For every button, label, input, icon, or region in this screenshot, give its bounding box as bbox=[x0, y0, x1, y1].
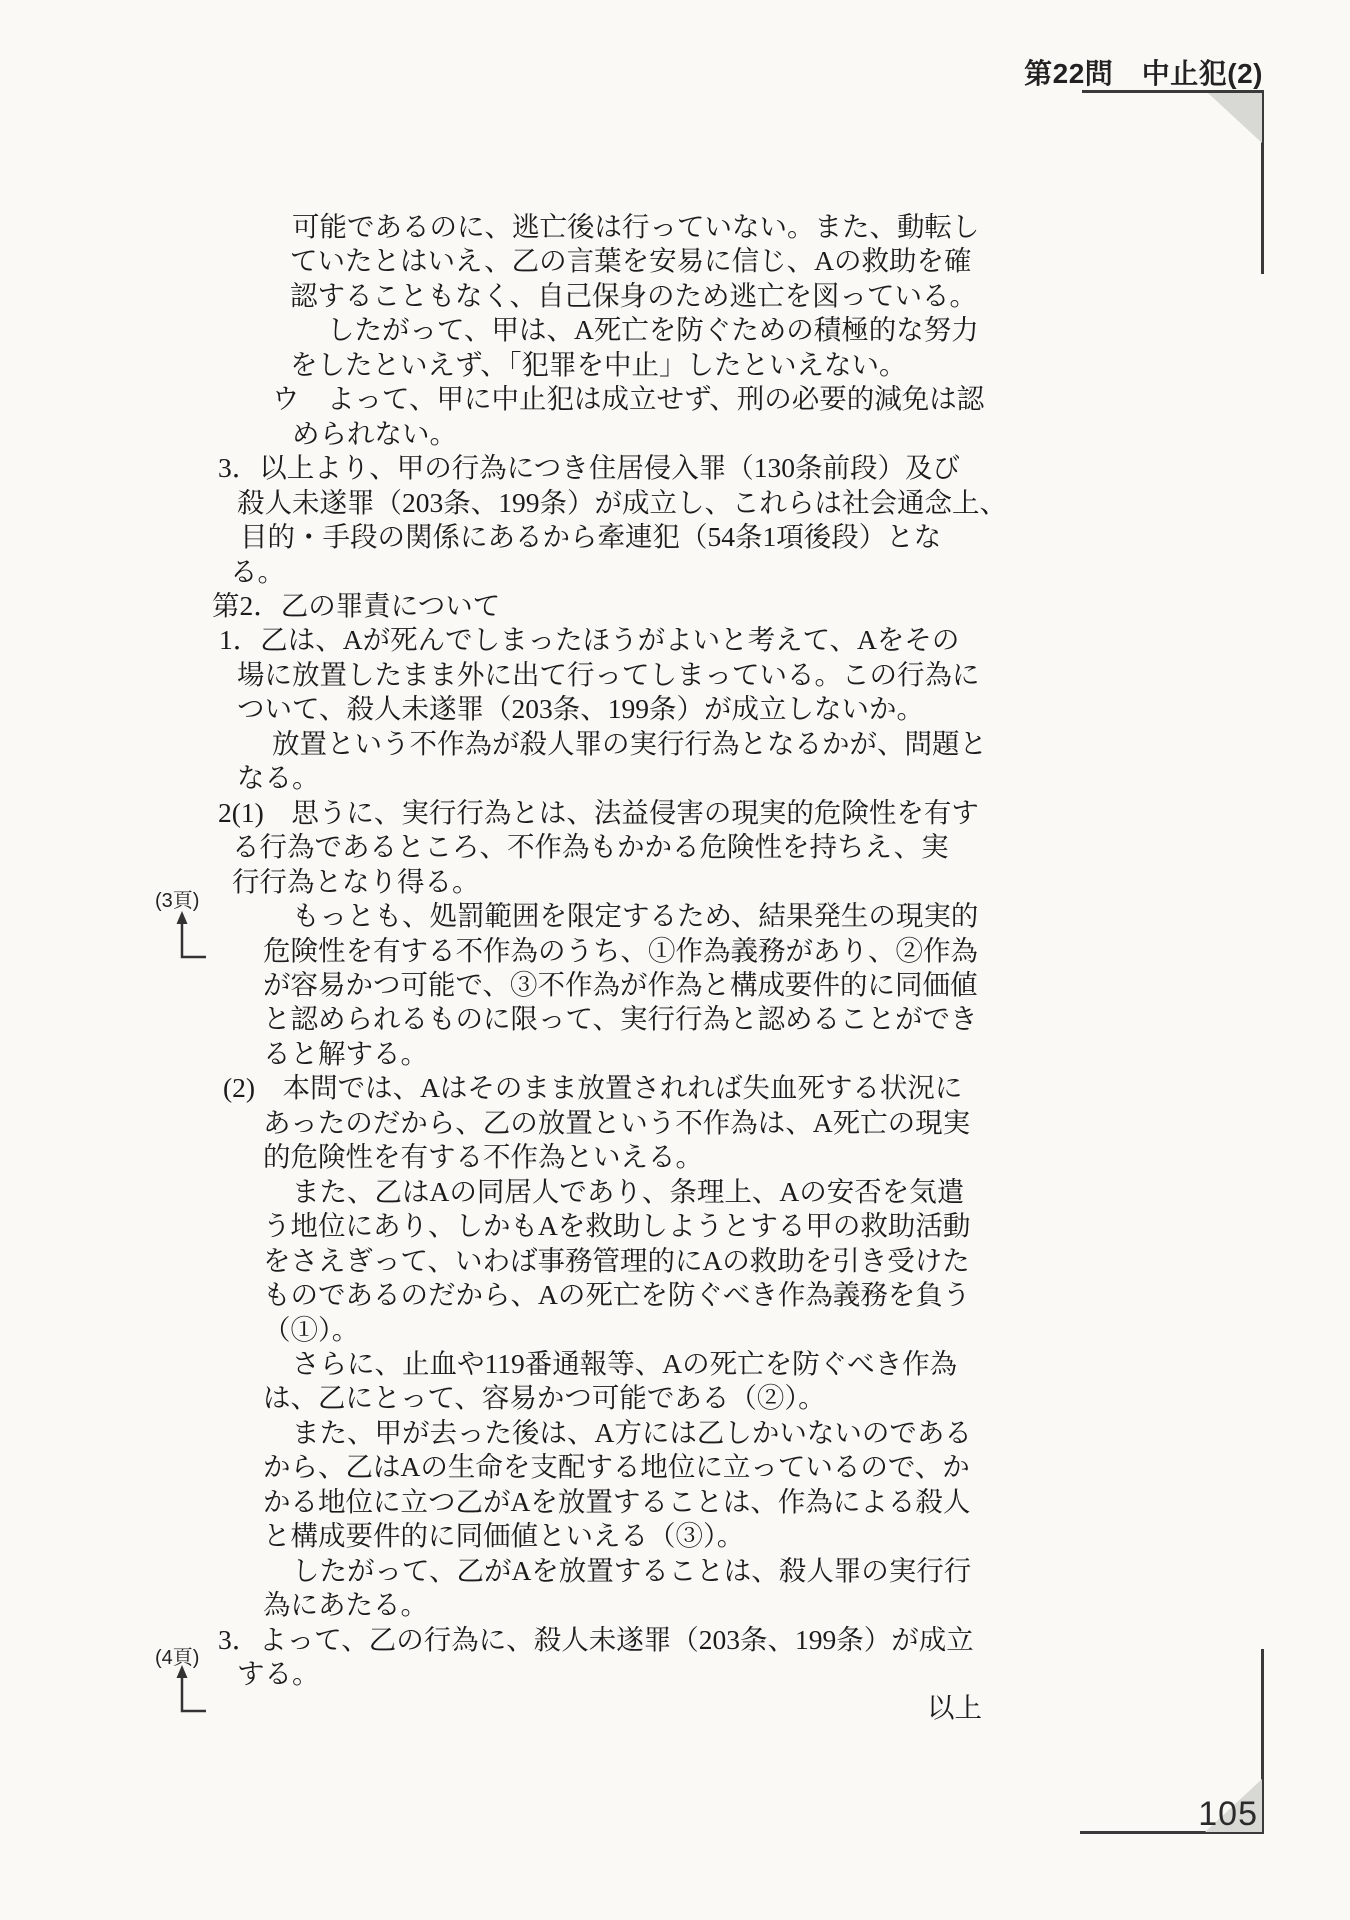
text-line: をしたといえず、「犯罪を中止」したといえない。 bbox=[290, 348, 1350, 382]
text-line: 場に放置したまま外に出て行ってしまっている。この行為に bbox=[237, 658, 1350, 692]
text-line: 殺人未遂罪（203条、199条）が成立し、これらは社会通念上、 bbox=[237, 486, 1350, 520]
text-line: 2(1) 思うに、実行行為とは、法益侵害の現実的危険性を有す bbox=[218, 796, 1350, 830]
text-line: 以上 bbox=[0, 1691, 982, 1725]
body-lines: 可能であるのに、逃亡後は行っていない。また、動転していたとはいえ、乙の言葉を安易… bbox=[0, 210, 1350, 1726]
book-page: 第22問 中止犯(2) 105 (3頁) (4頁) 可能であるのに、逃亡後は行っ… bbox=[0, 0, 1350, 1920]
text-line: 可能であるのに、逃亡後は行っていない。また、動転し bbox=[292, 210, 1350, 244]
text-line: ついて、殺人未遂罪（203条、199条）が成立しないか。 bbox=[237, 692, 1350, 726]
text-line: ていたとはいえ、乙の言葉を安易に信じ、Aの救助を確 bbox=[290, 244, 1350, 278]
text-line: められない。 bbox=[292, 417, 1350, 451]
text-line: から、乙はAの生命を支配する地位に立っているので、か bbox=[263, 1450, 1350, 1484]
text-line: る。 bbox=[230, 555, 1350, 589]
text-line: また、乙はAの同居人であり、条理上、Aの安否を気遣 bbox=[292, 1175, 1350, 1209]
text-line: あったのだから、乙の放置という不作為は、A死亡の現実 bbox=[263, 1106, 1350, 1140]
text-line: もっとも、処罰範囲を限定するため、結果発生の現実的 bbox=[292, 899, 1350, 933]
text-line: は、乙にとって、容易かつ可能である（②）。 bbox=[263, 1381, 1350, 1415]
page-number: 105 bbox=[1178, 1795, 1258, 1834]
text-line: 3．以上より、甲の行為につき住居侵入罪（130条前段）及び bbox=[218, 451, 1350, 485]
text-line: をさえぎって、いわば事務管理的にAの救助を引き受けた bbox=[263, 1244, 1350, 1278]
text-line: 為にあたる。 bbox=[263, 1588, 1350, 1622]
top-right-corner-triangle bbox=[1208, 93, 1262, 143]
text-line: ウ よって、甲に中止犯は成立せず、刑の必要的減免は認 bbox=[272, 382, 1350, 416]
text-line: ものであるのだから、Aの死亡を防ぐべき作為義務を負う bbox=[263, 1278, 1350, 1312]
text-line: したがって、乙がAを放置することは、殺人罪の実行行 bbox=[292, 1554, 1350, 1588]
text-line: と認められるものに限って、実行行為と認めることができ bbox=[263, 1002, 1350, 1036]
top-right-horizontal-rule bbox=[1082, 90, 1264, 93]
text-line: （①）。 bbox=[263, 1313, 1350, 1347]
text-line: が容易かつ可能で、③不作為が作為と構成要件的に同価値 bbox=[263, 968, 1350, 1002]
text-line: 1．乙は、Aが死んでしまったほうがよいと考えて、Aをその bbox=[219, 623, 1350, 657]
page-header-title: 第22問 中止犯(2) bbox=[1024, 52, 1263, 92]
text-line: 3．よって、乙の行為に、殺人未遂罪（203条、199条）が成立 bbox=[218, 1623, 1350, 1657]
text-line: う地位にあり、しかもAを救助しようとする甲の救助活動 bbox=[263, 1209, 1350, 1243]
text-line: と構成要件的に同価値といえる（③）。 bbox=[263, 1519, 1350, 1553]
text-line: 危険性を有する不作為のうち、①作為義務があり、②作為 bbox=[263, 934, 1350, 968]
text-line: 的危険性を有する不作為といえる。 bbox=[263, 1140, 1350, 1174]
text-line: なる。 bbox=[237, 761, 1350, 795]
text-line: 行行為となり得る。 bbox=[232, 865, 1350, 899]
text-line: する。 bbox=[237, 1657, 1350, 1691]
text-line: したがって、甲は、A死亡を防ぐための積極的な努力 bbox=[327, 313, 1350, 347]
text-line: (2) 本問では、Aはそのまま放置されれば失血死する状況に bbox=[223, 1071, 1350, 1105]
text-line: る行為であるところ、不作為もかかる危険性を持ちえ、実 bbox=[232, 830, 1350, 864]
text-line: 目的・手段の関係にあるから牽連犯（54条1項後段）とな bbox=[240, 520, 1350, 554]
text-line: 放置という不作為が殺人罪の実行行為となるかが、問題と bbox=[272, 727, 1350, 761]
text-line: かる地位に立つ乙がAを放置することは、作為による殺人 bbox=[263, 1485, 1350, 1519]
text-line: さらに、止血や119番通報等、Aの死亡を防ぐべき作為 bbox=[292, 1347, 1350, 1381]
text-line: また、甲が去った後は、A方には乙しかいないのである bbox=[292, 1416, 1350, 1450]
text-line: 第2．乙の罪責について bbox=[212, 589, 1350, 623]
text-line: 認することもなく、自己保身のため逃亡を図っている。 bbox=[290, 279, 1350, 313]
text-line: ると解する。 bbox=[263, 1037, 1350, 1071]
